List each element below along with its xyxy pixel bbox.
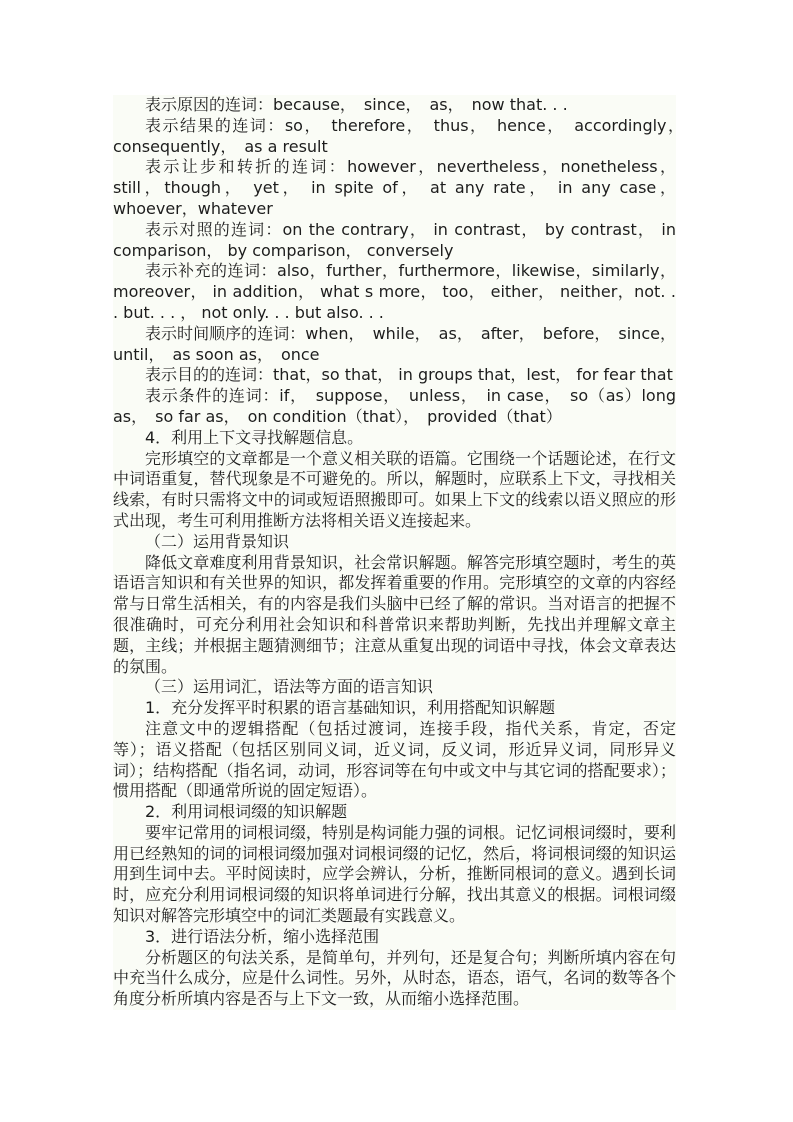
- paragraph-time-conjunctions: 表示时间顺序的连词：when， while， as， after， before…: [113, 324, 676, 366]
- paragraph-contrast-conjunctions: 表示对照的连词：on the contrary， in contrast， by…: [113, 220, 676, 262]
- paragraph-purpose-conjunctions: 表示目的的连词：that，so that， in groups that，les…: [113, 365, 676, 386]
- paragraph-grammar-analysis: 分析题区的句法关系，是简单句，并列句，还是复合句；判断所填内容在句中充当什么成分…: [113, 948, 676, 1010]
- paragraph-addition-conjunctions: 表示补充的连词：also，further，furthermore，likewis…: [113, 261, 676, 323]
- heading-section-3: （三）运用词汇，语法等方面的语言知识: [113, 677, 676, 698]
- paragraph-condition-conjunctions: 表示条件的连词：if， suppose， unless， in case， so…: [113, 386, 676, 428]
- paragraph-result-conjunctions: 表示结果的连词：so， therefore， thus， hence， acco…: [113, 116, 676, 158]
- heading-section-2: （二）运用背景知识: [113, 532, 676, 553]
- paragraph-collocation: 注意文中的逻辑搭配（包括过渡词，连接手段，指代关系，肯定，否定等）；语义搭配（包…: [113, 719, 676, 802]
- document-page: 表示原因的连词：because， since， as， now that. . …: [113, 95, 676, 1010]
- paragraph-cause-conjunctions: 表示原因的连词：because， since， as， now that. . …: [113, 95, 676, 116]
- heading-point-1: 1．充分发挥平时积累的语言基础知识，利用搭配知识解题: [113, 698, 676, 719]
- heading-point-3: 3．进行语法分析，缩小选择范围: [113, 927, 676, 948]
- heading-point-2: 2．利用词根词缀的知识解题: [113, 802, 676, 823]
- heading-point-4: 4．利用上下文寻找解题信息。: [113, 428, 676, 449]
- paragraph-context-clues: 完形填空的文章都是一个意义相关联的语篇。它围绕一个话题论述，在行文中词语重复，替…: [113, 449, 676, 532]
- paragraph-background-knowledge: 降低文章难度利用背景知识，社会常识解题。解答完形填空题时，考生的英语语言知识和有…: [113, 553, 676, 678]
- paragraph-roots-affixes: 要牢记常用的词根词缀，特别是构词能力强的词根。记忆词根词缀时，要利用已经熟知的词…: [113, 823, 676, 927]
- paragraph-concession-conjunctions: 表示让步和转折的连词：however，nevertheless，nonethel…: [113, 157, 676, 219]
